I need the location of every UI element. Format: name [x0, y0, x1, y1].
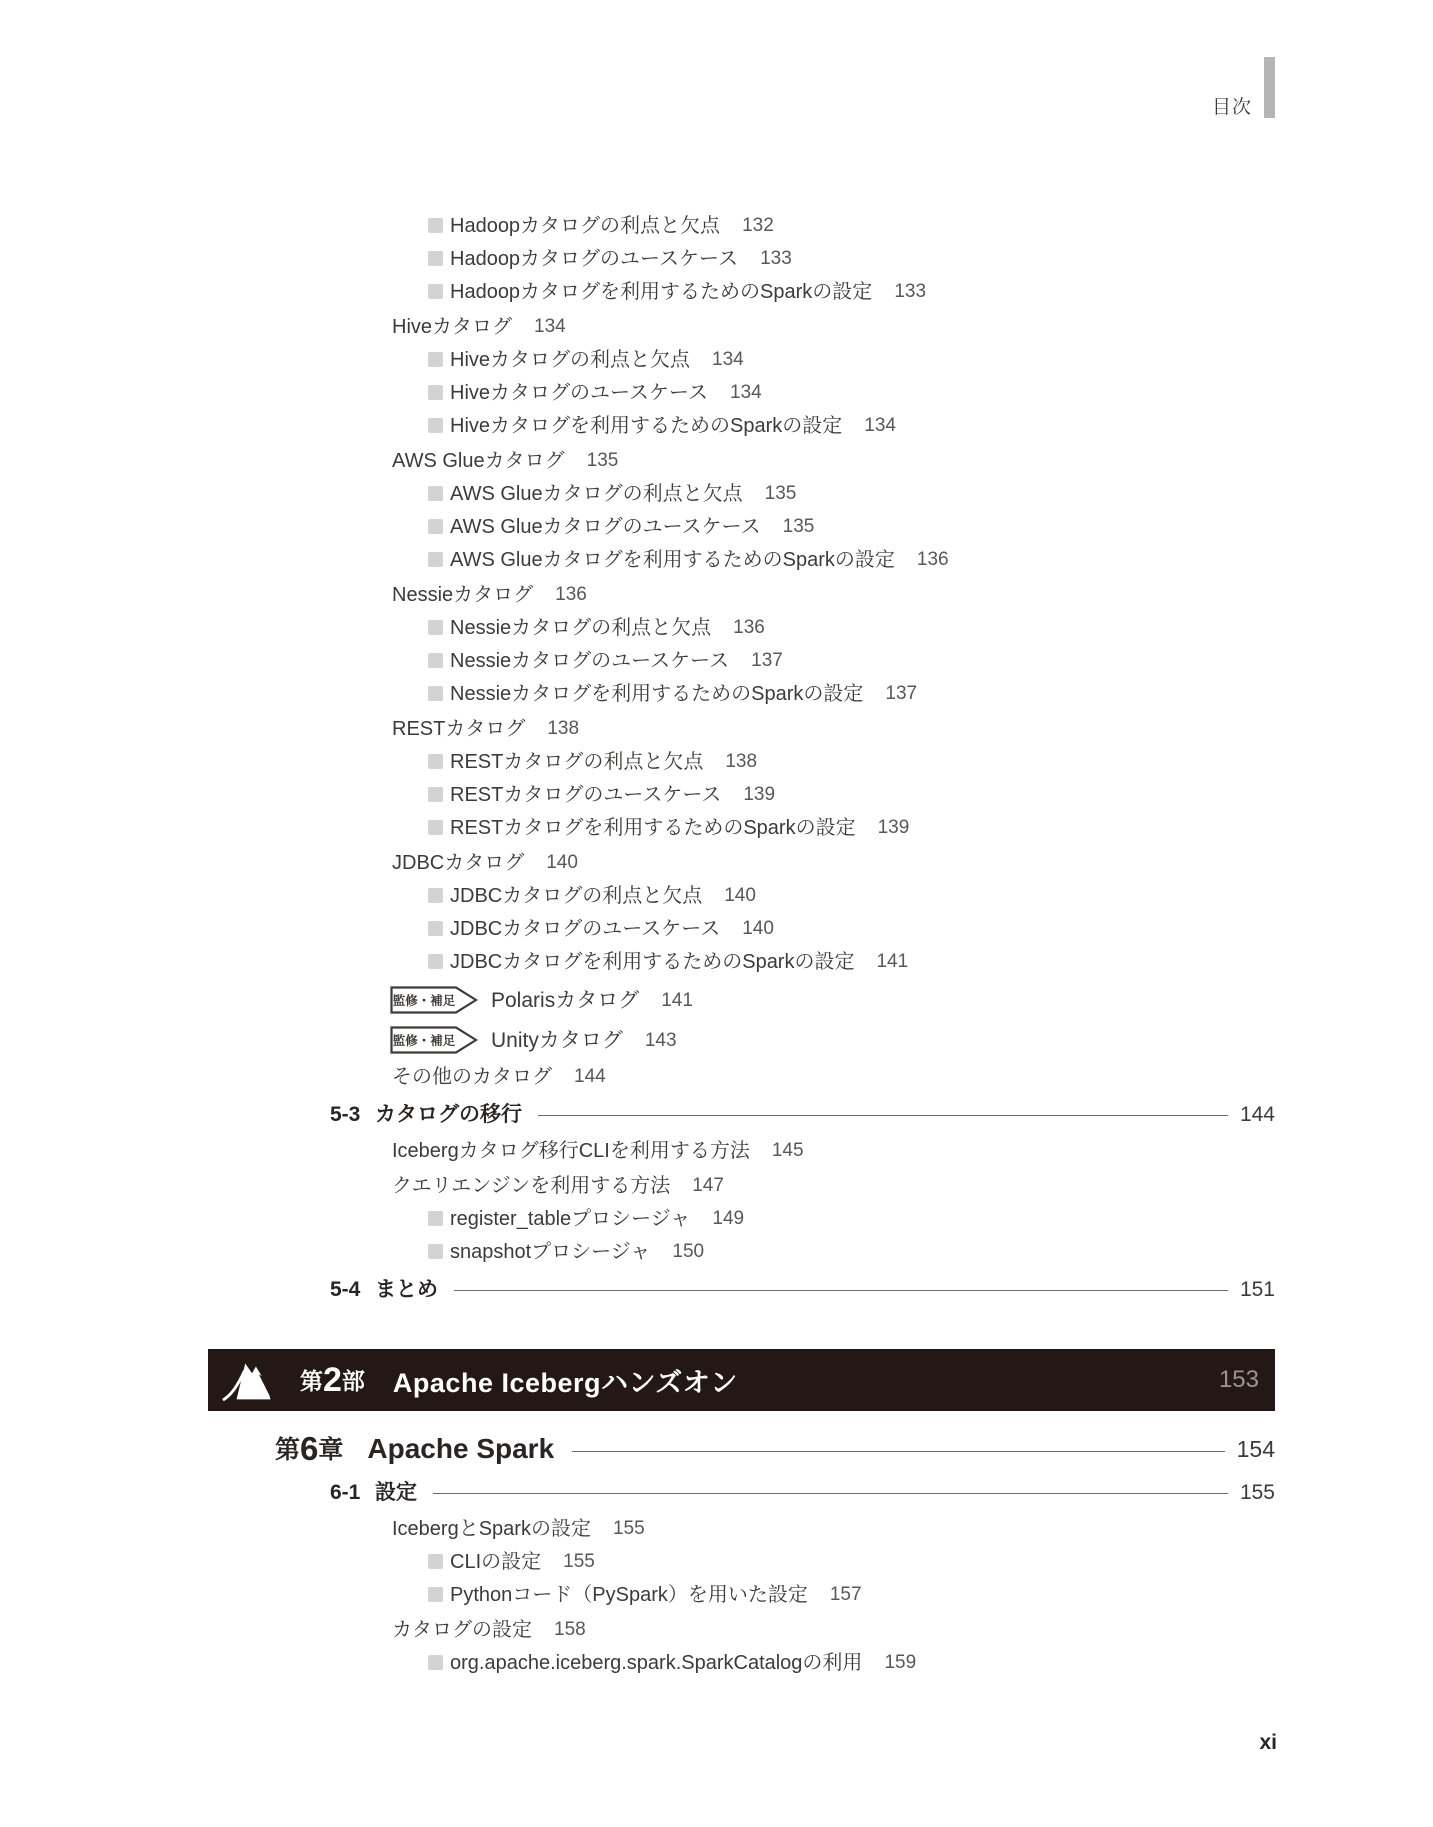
item-title: snapshotプロシージャ: [450, 1242, 650, 1262]
subsection-title: JDBCカタログ: [392, 853, 524, 873]
item-page-number: 134: [864, 416, 896, 435]
item-page-number: 137: [751, 651, 783, 670]
square-bullet-icon: [428, 385, 443, 400]
toc-item-entry: AWS Glueカタログを利用するためのSparkの設定136: [428, 543, 1275, 576]
subsection-page-number: 144: [574, 1067, 606, 1086]
subsection-title: Nessieカタログ: [392, 585, 533, 605]
toc-subsection-entry: Icebergカタログ移行CLIを利用する方法145: [392, 1134, 1275, 1167]
item-title: Hiveカタログの利点と欠点: [450, 350, 690, 370]
leader-line: [538, 1115, 1228, 1116]
item-title: Hadoopカタログのユースケース: [450, 249, 738, 269]
item-title: RESTカタログのユースケース: [450, 785, 721, 805]
part-banner: 第2部 Apache Icebergハンズオン 153: [208, 1349, 1275, 1411]
toc-item-entry: Pythonコード（PySpark）を用いた設定157: [428, 1578, 1275, 1611]
item-page-number: 134: [730, 383, 762, 402]
square-bullet-icon: [428, 653, 443, 668]
square-bullet-icon: [428, 954, 443, 969]
subsection-title: Hiveカタログ: [392, 317, 512, 337]
item-page-number: 135: [765, 484, 797, 503]
toc-subsection-entry: Hiveカタログ134: [392, 310, 1275, 343]
toc-subsection-entry: RESTカタログ138: [392, 712, 1275, 745]
toc-subsection-entry: Nessieカタログ136: [392, 578, 1275, 611]
square-bullet-icon: [428, 1554, 443, 1569]
subsection-title: カタログの設定: [392, 1620, 532, 1640]
subsection-page-number: 155: [613, 1519, 645, 1538]
item-title: JDBCカタログを利用するためのSparkの設定: [450, 952, 854, 972]
toc-item-entry: Hiveカタログのユースケース134: [428, 376, 1275, 409]
item-title: Hiveカタログのユースケース: [450, 383, 708, 403]
item-page-number: 141: [876, 952, 908, 971]
subsection-page-number: 158: [554, 1620, 586, 1639]
toc-subsection-entry: カタログの設定158: [392, 1613, 1275, 1646]
toc-item-entry: CLIの設定155: [428, 1545, 1275, 1578]
svg-text:監修・補足: 監修・補足: [393, 993, 456, 1008]
mountain-icon: [222, 1358, 284, 1402]
leader-line: [454, 1290, 1228, 1291]
square-bullet-icon: [428, 686, 443, 701]
toc-subsection-entry: AWS Glueカタログ135: [392, 444, 1275, 477]
item-title: AWS Glueカタログを利用するためのSparkの設定: [450, 550, 895, 570]
square-bullet-icon: [428, 620, 443, 635]
toc-block-chapter5: Hadoopカタログの利点と欠点132Hadoopカタログのユースケース133H…: [208, 209, 1275, 1307]
section-title: まとめ: [375, 1279, 438, 1300]
item-page-number: 134: [712, 350, 744, 369]
toc-badge-entry: 監修・補足Polarisカタログ141: [390, 982, 1275, 1018]
toc-item-entry: JDBCカタログの利点と欠点140: [428, 879, 1275, 912]
square-bullet-icon: [428, 218, 443, 233]
toc-item-entry: AWS Glueカタログの利点と欠点135: [428, 477, 1275, 510]
toc-item-entry: JDBCカタログのユースケース140: [428, 912, 1275, 945]
subsection-title: IcebergとSparkの設定: [392, 1519, 591, 1539]
subsection-page-number: 136: [555, 585, 587, 604]
item-page-number: 140: [742, 919, 774, 938]
square-bullet-icon: [428, 787, 443, 802]
subsection-page-number: 134: [534, 317, 566, 336]
subsection-page-number: 135: [587, 451, 619, 470]
part-number: 第2部: [300, 1361, 365, 1400]
item-title: register_tableプロシージャ: [450, 1209, 690, 1229]
page-folio: xi: [1259, 1731, 1277, 1755]
section-page-number: 151: [1240, 1279, 1275, 1300]
square-bullet-icon: [428, 418, 443, 433]
section-number: 5-4: [330, 1279, 375, 1300]
square-bullet-icon: [428, 519, 443, 534]
toc-item-entry: RESTカタログの利点と欠点138: [428, 745, 1275, 778]
toc-item-entry: snapshotプロシージャ150: [428, 1235, 1275, 1268]
square-bullet-icon: [428, 1244, 443, 1259]
item-page-number: 133: [760, 249, 792, 268]
item-page-number: 140: [724, 886, 756, 905]
toc-block-chapter6: 6-1設定155IcebergとSparkの設定155CLIの設定155Pyth…: [208, 1474, 1275, 1679]
section-page-number: 155: [1240, 1482, 1275, 1503]
badge-item-page-number: 141: [661, 991, 693, 1010]
chapter-number: 第6章: [275, 1430, 343, 1468]
chapter-page-number: 154: [1237, 1436, 1275, 1463]
square-bullet-icon: [428, 1655, 443, 1670]
square-bullet-icon: [428, 552, 443, 567]
toc-item-entry: RESTカタログのユースケース139: [428, 778, 1275, 811]
supervision-note-badge-icon: 監修・補足: [390, 986, 478, 1014]
toc-item-entry: Hadoopカタログの利点と欠点132: [428, 209, 1275, 242]
square-bullet-icon: [428, 1211, 443, 1226]
item-title: JDBCカタログの利点と欠点: [450, 886, 702, 906]
subsection-page-number: 147: [692, 1176, 724, 1195]
item-page-number: 150: [672, 1242, 704, 1261]
item-page-number: 155: [563, 1552, 595, 1571]
section-page-number: 144: [1240, 1104, 1275, 1125]
toc-item-entry: org.apache.iceberg.spark.SparkCatalogの利用…: [428, 1646, 1275, 1679]
square-bullet-icon: [428, 284, 443, 299]
item-page-number: 139: [878, 818, 910, 837]
square-bullet-icon: [428, 486, 443, 501]
square-bullet-icon: [428, 251, 443, 266]
toc-section-entry: 6-1設定155: [330, 1474, 1275, 1510]
toc-subsection-entry: JDBCカタログ140: [392, 846, 1275, 879]
toc-item-entry: JDBCカタログを利用するためのSparkの設定141: [428, 945, 1275, 978]
toc-item-entry: Hiveカタログを利用するためのSparkの設定134: [428, 409, 1275, 442]
page-header-title: 目次: [1212, 92, 1252, 119]
item-title: AWS Glueカタログのユースケース: [450, 517, 761, 537]
item-title: org.apache.iceberg.spark.SparkCatalogの利用: [450, 1653, 862, 1673]
item-page-number: 149: [712, 1209, 744, 1228]
toc-subsection-entry: その他のカタログ144: [392, 1060, 1275, 1093]
section-number: 5-3: [330, 1104, 375, 1125]
section-title: 設定: [375, 1482, 417, 1503]
part-title: Apache Icebergハンズオン: [393, 1361, 738, 1400]
square-bullet-icon: [428, 1587, 443, 1602]
section-number: 6-1: [330, 1482, 375, 1503]
item-page-number: 157: [830, 1585, 862, 1604]
subsection-title: クエリエンジンを利用する方法: [392, 1176, 670, 1196]
toc-section-entry: 5-4まとめ151: [330, 1271, 1275, 1307]
item-title: Pythonコード（PySpark）を用いた設定: [450, 1585, 808, 1605]
toc-content: Hadoopカタログの利点と欠点132Hadoopカタログのユースケース133H…: [208, 209, 1275, 1679]
item-page-number: 139: [743, 785, 775, 804]
subsection-page-number: 140: [546, 853, 578, 872]
item-title: Nessieカタログの利点と欠点: [450, 618, 711, 638]
item-title: AWS Glueカタログの利点と欠点: [450, 484, 743, 504]
chapter-title: Apache Spark: [367, 1433, 554, 1465]
item-title: JDBCカタログのユースケース: [450, 919, 720, 939]
toc-item-entry: Hadoopカタログを利用するためのSparkの設定133: [428, 275, 1275, 308]
square-bullet-icon: [428, 820, 443, 835]
subsection-title: その他のカタログ: [392, 1067, 552, 1087]
section-title: カタログの移行: [375, 1104, 522, 1125]
toc-subsection-entry: IcebergとSparkの設定155: [392, 1512, 1275, 1545]
item-page-number: 136: [917, 550, 949, 569]
toc-item-entry: Nessieカタログのユースケース137: [428, 644, 1275, 677]
toc-item-entry: RESTカタログを利用するためのSparkの設定139: [428, 811, 1275, 844]
toc-item-entry: Hiveカタログの利点と欠点134: [428, 343, 1275, 376]
item-page-number: 137: [885, 684, 917, 703]
item-title: RESTカタログの利点と欠点: [450, 752, 703, 772]
badge-item-page-number: 143: [645, 1031, 677, 1050]
toc-item-entry: Nessieカタログの利点と欠点136: [428, 611, 1275, 644]
square-bullet-icon: [428, 754, 443, 769]
leader-line: [433, 1493, 1228, 1494]
item-title: Hadoopカタログの利点と欠点: [450, 216, 720, 236]
toc-item-entry: Nessieカタログを利用するためのSparkの設定137: [428, 677, 1275, 710]
subsection-page-number: 138: [547, 719, 579, 738]
part-page-number: 153: [1219, 1366, 1259, 1394]
item-page-number: 138: [725, 752, 757, 771]
subsection-title: Icebergカタログ移行CLIを利用する方法: [392, 1141, 750, 1161]
item-page-number: 132: [742, 216, 774, 235]
header-edge-bar: [1264, 57, 1275, 118]
badge-item-title: Unityカタログ: [491, 1030, 623, 1051]
square-bullet-icon: [428, 888, 443, 903]
item-page-number: 159: [884, 1653, 916, 1672]
svg-text:監修・補足: 監修・補足: [393, 1033, 456, 1048]
subsection-title: RESTカタログ: [392, 719, 525, 739]
item-title: Nessieカタログのユースケース: [450, 651, 729, 671]
square-bullet-icon: [428, 352, 443, 367]
toc-subsection-entry: クエリエンジンを利用する方法147: [392, 1169, 1275, 1202]
square-bullet-icon: [428, 921, 443, 936]
toc-item-entry: Hadoopカタログのユースケース133: [428, 242, 1275, 275]
toc-item-entry: register_tableプロシージャ149: [428, 1202, 1275, 1235]
toc-badge-entry: 監修・補足Unityカタログ143: [390, 1022, 1275, 1058]
subsection-title: AWS Glueカタログ: [392, 451, 565, 471]
toc-item-entry: AWS Glueカタログのユースケース135: [428, 510, 1275, 543]
item-title: Hiveカタログを利用するためのSparkの設定: [450, 416, 842, 436]
leader-line: [572, 1451, 1224, 1452]
item-title: RESTカタログを利用するためのSparkの設定: [450, 818, 856, 838]
item-page-number: 133: [894, 282, 926, 301]
badge-item-title: Polarisカタログ: [491, 990, 639, 1011]
item-title: Nessieカタログを利用するためのSparkの設定: [450, 684, 863, 704]
supervision-note-badge-icon: 監修・補足: [390, 1026, 478, 1054]
item-page-number: 135: [783, 517, 815, 536]
item-title: Hadoopカタログを利用するためのSparkの設定: [450, 282, 872, 302]
item-page-number: 136: [733, 618, 765, 637]
subsection-page-number: 145: [772, 1141, 804, 1160]
toc-section-entry: 5-3カタログの移行144: [330, 1096, 1275, 1132]
item-title: CLIの設定: [450, 1552, 541, 1572]
chapter-heading: 第6章 Apache Spark 154: [275, 1427, 1275, 1471]
